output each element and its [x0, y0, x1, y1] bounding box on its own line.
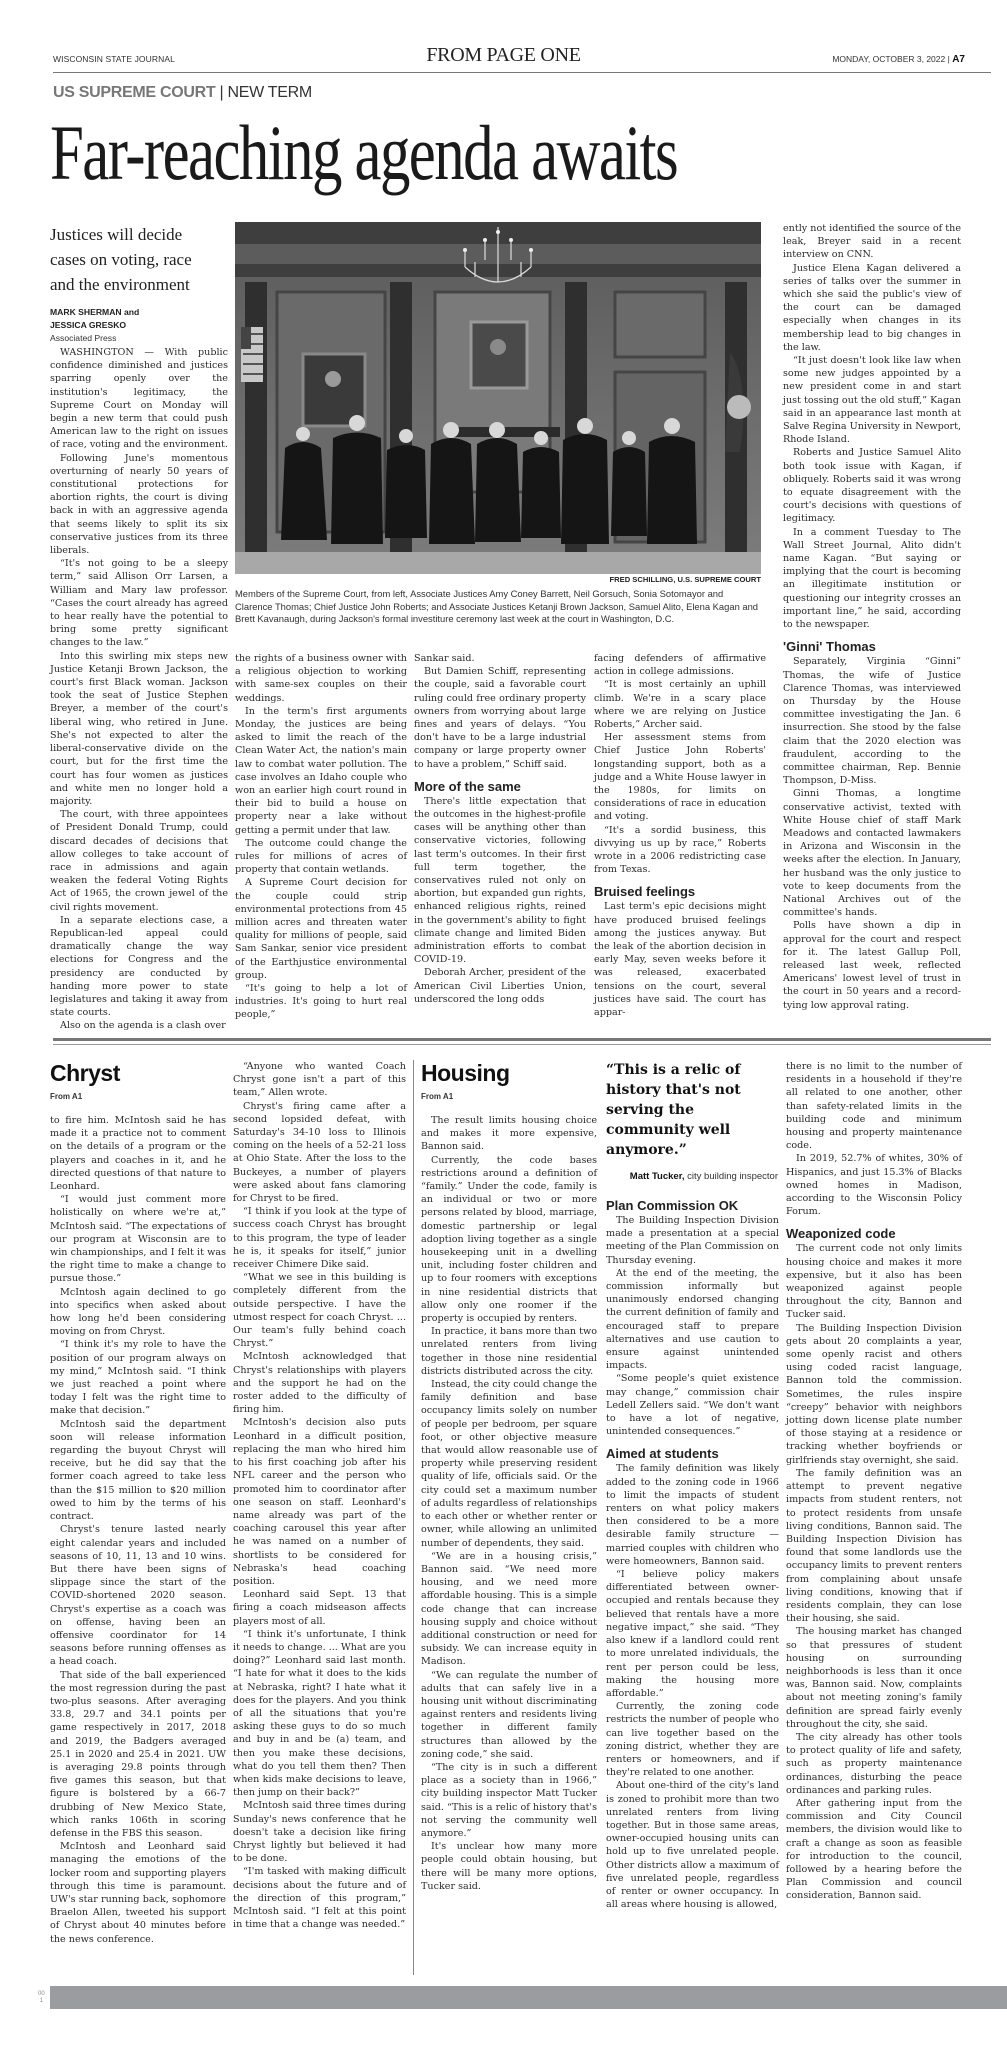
photo-credit-name: FRED SCHILLING, [610, 575, 676, 584]
subhead-plan-commission-ok: Plan Commission OK [606, 1198, 779, 1213]
masthead-rule [53, 72, 991, 73]
supreme-court-photo [235, 222, 761, 574]
paragraph: The Building Inspection Division gets ab… [786, 1322, 962, 1467]
subhead-aimed-at-students: Aimed at students [606, 1446, 779, 1461]
paragraph: “We can regulate the number of adults th… [421, 1669, 597, 1761]
paragraph: Following June's momentous overturning o… [50, 452, 228, 558]
paragraph: Currently, the code bases restrictions a… [421, 1154, 597, 1326]
subhead-ginni-thomas: 'Ginni' Thomas [783, 639, 961, 654]
paragraph: McIntosh's decision also puts Leonhard i… [233, 1416, 406, 1588]
paragraph: “I believe policy makers differentiated … [606, 1568, 779, 1700]
paragraph: McIntosh acknowledged that Chryst's rela… [233, 1350, 406, 1416]
paragraph: “I think it's unfortunate, I think it ne… [233, 1628, 406, 1800]
paragraph: “I would just comment more holistically … [50, 1193, 226, 1285]
subhead-weaponized-code: Weaponized code [786, 1226, 962, 1241]
byline-organization: Associated Press [50, 332, 230, 345]
paragraph: There's little expectation that the outc… [414, 795, 586, 967]
pull-quote-attribution: Matt Tucker, city building inspector [606, 1170, 778, 1183]
paragraph: ently not identified the source of the l… [783, 222, 961, 262]
top-story-column-1: WASHINGTON — With public confidence dimi… [50, 346, 228, 1031]
paragraph: The family definition was an attempt to … [786, 1467, 962, 1625]
paragraph: The court, with three appointees of Pres… [50, 808, 228, 914]
paragraph: “The city is in such a different place a… [421, 1761, 597, 1840]
paragraph: Roberts and Justice Samuel Alito both to… [783, 446, 961, 525]
section-divider-thin [53, 1044, 991, 1045]
page-number: A7 [952, 54, 965, 65]
kicker-separator: | [219, 84, 223, 101]
paragraph: Instead, the city could change the famil… [421, 1378, 597, 1550]
paragraph: “What we see in this building is complet… [233, 1271, 406, 1350]
housing-column-2: Plan Commission OK The Building Inspecti… [606, 1198, 779, 1911]
paragraph: Sankar said. [414, 652, 586, 665]
paragraph: Her assessment stems from Chief Justice … [594, 731, 766, 823]
paragraph: “We are in a housing crisis,” Bannon sai… [421, 1550, 597, 1669]
paragraph: facing defenders of affirmative action i… [594, 652, 766, 678]
pull-quote-speaker-title: city building inspector [687, 1171, 778, 1182]
section-divider-thick [53, 1038, 991, 1041]
pull-quote: “This is a relic of history that's not s… [606, 1060, 778, 1160]
story-kicker: US SUPREME COURT | NEW TERM [53, 84, 312, 102]
paragraph: It's unclear how many more people could … [421, 1840, 597, 1893]
paragraph: “I think it's my role to have the positi… [50, 1338, 226, 1417]
subhead-more-of-the-same: More of the same [414, 779, 586, 794]
photo-caption: Members of the Supreme Court, from left,… [235, 588, 761, 626]
issue-date: MONDAY, OCTOBER 3, 2022 [832, 54, 945, 64]
paragraph: The city already has other tools to prot… [786, 1731, 962, 1797]
paragraph: Chryst's firing came after a second lops… [233, 1100, 406, 1206]
paragraph: “Anyone who wanted Coach Chryst gone isn… [233, 1060, 406, 1100]
housing-story-title: Housing [421, 1060, 510, 1087]
housing-column-1: The result limits housing choice and mak… [421, 1114, 597, 1893]
footer-band [50, 1986, 1007, 2009]
paragraph: Ginni Thomas, a longtime conservative ac… [783, 787, 961, 919]
paragraph: Justice Elena Kagan delivered a series o… [783, 262, 961, 354]
folio-mark: 00 1 [38, 1991, 45, 2005]
folio-bottom: 1 [38, 1998, 45, 2005]
paragraph: Leonhard said Sept. 13 that firing a coa… [233, 1588, 406, 1628]
paragraph: Deborah Archer, president of the America… [414, 966, 586, 1006]
paragraph: McIntosh and Leonhard said managing the … [50, 1840, 226, 1946]
paragraph: In practice, it bans more than two unrel… [421, 1325, 597, 1378]
paragraph: The result limits housing choice and mak… [421, 1114, 597, 1154]
paragraph: “It just doesn't look like law when some… [783, 354, 961, 446]
paragraph: The housing market has changed so that p… [786, 1625, 962, 1731]
paragraph: there is no limit to the number of resid… [786, 1060, 962, 1152]
paragraph: Chryst's tenure lasted nearly eight cale… [50, 1523, 226, 1668]
paragraph: “I'm tasked with making difficult decisi… [233, 1865, 406, 1931]
paragraph: In a separate elections case, a Republic… [50, 914, 228, 1020]
subhead-bruised-feelings: Bruised feelings [594, 884, 766, 899]
paragraph: McIntosh said three times during Sunday'… [233, 1799, 406, 1865]
top-story-column-5: ently not identified the source of the l… [783, 222, 961, 1012]
paragraph: WASHINGTON — With public confidence dimi… [50, 346, 228, 452]
paragraph: At the end of the meeting, the commissio… [606, 1267, 779, 1373]
paragraph: The outcome could change the rules for m… [235, 837, 407, 877]
paragraph: But Damien Schiff, representing the coup… [414, 665, 586, 771]
chryst-column-2: “Anyone who wanted Coach Chryst gone isn… [233, 1060, 406, 1931]
paragraph: “It is most certainly an uphill climb. W… [594, 678, 766, 731]
paragraph: About one-third of the city's land is zo… [606, 1779, 779, 1911]
paragraph: A Supreme Court decision for the couple … [235, 876, 407, 982]
paragraph: That side of the ball experienced the mo… [50, 1669, 226, 1841]
paragraph: Polls have shown a dip in approval for t… [783, 919, 961, 1011]
paragraph: “I think if you look at the type of succ… [233, 1205, 406, 1271]
top-story-column-2: the rights of a business owner with a re… [235, 652, 407, 1022]
paragraph: “It's a sordid business, this divvying u… [594, 824, 766, 877]
story-column-divider [413, 1060, 414, 1975]
paragraph: “It's going to help a lot of industries.… [235, 982, 407, 1022]
chryst-story-title: Chryst [50, 1060, 120, 1087]
byline: MARK SHERMAN and JESSICA GRESKO Associat… [50, 306, 230, 345]
top-story-column-4: facing defenders of affirmative action i… [594, 652, 766, 1019]
paragraph: the rights of a business owner with a re… [235, 652, 407, 705]
housing-jump-line: From A1 [421, 1092, 453, 1101]
photo-credit-org: U.S. SUPREME COURT [677, 575, 761, 584]
kicker-topic: US SUPREME COURT [53, 84, 215, 101]
paragraph: After gathering input from the commissio… [786, 1797, 962, 1903]
date-line: MONDAY, OCTOBER 3, 2022 | A7 [832, 54, 965, 65]
byline-author-2: JESSICA GRESKO [50, 319, 230, 332]
paragraph: “Some people's quiet existence may chang… [606, 1372, 779, 1438]
paragraph: In the term's first arguments Monday, th… [235, 705, 407, 837]
paragraph: McIntosh again declined to go into speci… [50, 1286, 226, 1339]
byline-author-1: MARK SHERMAN and [50, 306, 230, 319]
pull-quote-speaker: Matt Tucker, [630, 1171, 685, 1182]
paragraph: McIntosh said the department soon will r… [50, 1418, 226, 1524]
paragraph: Separately, Virginia “Ginni” Thomas, the… [783, 655, 961, 787]
paragraph: Last term's epic decisions might have pr… [594, 900, 766, 1019]
headline: Far-reaching agenda awaits [50, 110, 677, 196]
paragraph: The Building Inspection Division made a … [606, 1214, 779, 1267]
paragraph: In a comment Tuesday to The Wall Street … [783, 526, 961, 632]
kicker-subtopic: NEW TERM [228, 84, 312, 101]
housing-column-3: there is no limit to the number of resid… [786, 1060, 962, 1903]
photo-credit: FRED SCHILLING, U.S. SUPREME COURT [235, 575, 761, 584]
date-separator: | [948, 54, 950, 64]
top-story-column-3: Sankar said. But Damien Schiff, represen… [414, 652, 586, 1006]
paragraph: Currently, the zoning code restricts the… [606, 1700, 779, 1779]
paragraph: “It's not going to be a sleepy term,” sa… [50, 557, 228, 649]
paragraph: Into this swirling mix steps new Justice… [50, 650, 228, 808]
deck: Justices will decide cases on voting, ra… [50, 222, 220, 297]
paragraph: The family definition was likely added t… [606, 1462, 779, 1568]
paragraph: Also on the agenda is a clash over [50, 1019, 228, 1032]
chryst-jump-line: From A1 [50, 1092, 82, 1101]
paragraph: to fire him. McIntosh said he has made i… [50, 1114, 226, 1193]
folio-top: 00 [38, 1991, 45, 1998]
paragraph: The current code not only limits housing… [786, 1242, 962, 1321]
chryst-column-1: to fire him. McIntosh said he has made i… [50, 1114, 226, 1946]
paragraph: In 2019, 52.7% of whites, 30% of Hispani… [786, 1152, 962, 1218]
